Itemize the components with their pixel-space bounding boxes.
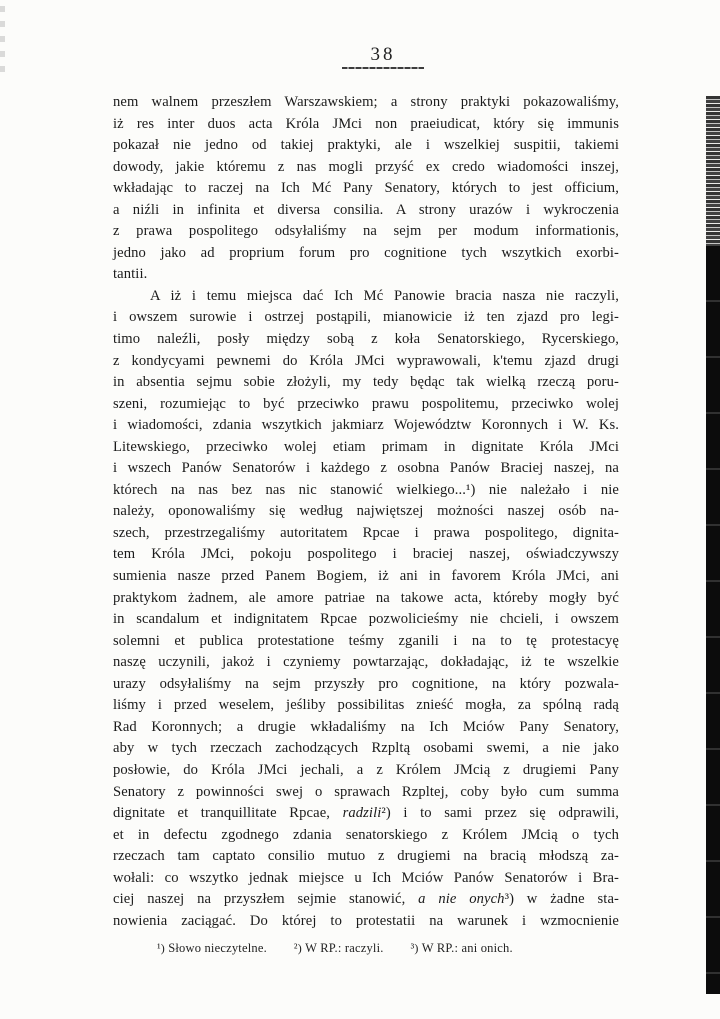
text-line: naszę uczynili, jakoż i czyniemy powtarz…	[113, 652, 619, 674]
text-line: i owszem surowie i ostrzej postąpili, mi…	[113, 307, 619, 329]
text-line: i wszech Panów Senatorów i każdego z oso…	[113, 458, 619, 480]
text-line: wołali: co wszytko jednak miejsce u Ich …	[113, 868, 619, 890]
text-line: z kondycyami pewnemi do Króla JMci wypra…	[113, 351, 619, 373]
text-line: Litewskiego, przeciwko wolej etiam prima…	[113, 437, 619, 459]
scanned-book-page: 38 nem walnem przeszłem Warszawskiem; a …	[0, 0, 720, 1019]
text-line: tantii.	[113, 264, 619, 286]
text-line: A iż i temu miejsca dać Ich Mć Panowie b…	[113, 286, 619, 308]
text-line: urazy odsyłaliśmy na sejm przyszły pro c…	[113, 674, 619, 696]
text-line: dignitate et tranquillitate Rpcae, radzi…	[113, 803, 619, 825]
page-number-rule	[342, 67, 424, 69]
footnote: ¹) Słowo nieczytelne.	[157, 941, 267, 955]
text-line: szech, przestrzegaliśmy autoritatem Rpca…	[113, 523, 619, 545]
text-line: szeni, rozumiejąc to być przeciwko prawu…	[113, 394, 619, 416]
text-line: z prawa pospolitego odsyłaliśmy na sejm …	[113, 221, 619, 243]
text-line: solemni et publica protestatione teśmy z…	[113, 631, 619, 653]
footnote: ²) W RP.: raczyli.	[294, 941, 384, 955]
footnote-marker: ²)	[294, 941, 305, 955]
page-number: 38	[341, 44, 425, 66]
text-line: aby w tych rzeczach zachodzących Rzpltą …	[113, 738, 619, 760]
text-line: nem walnem przeszłem Warszawskiem; a str…	[113, 92, 619, 114]
footnote-marker: ³)	[411, 941, 422, 955]
paragraph: A iż i temu miejsca dać Ich Mć Panowie b…	[113, 286, 619, 932]
text-line: wkładając to raczej na Ich Mć Pany Senat…	[113, 178, 619, 200]
text-line: posłowie, do Króla JMci jechali, a z Kró…	[113, 760, 619, 782]
text-line: nowienia zaciągać. Do której to protesta…	[113, 911, 619, 933]
text-line: i wiadomości, zdania wszytkich jakmiarz …	[113, 415, 619, 437]
text-line: sumienia nasze przed Panem Bogiem, iż an…	[113, 566, 619, 588]
footnote-marker: ¹)	[157, 941, 168, 955]
text-line: in scandalum et indignitatem Rpcae pozwo…	[113, 609, 619, 631]
text-block: nem walnem przeszłem Warszawskiem; a str…	[113, 92, 619, 932]
text-line: dowody, jakie któremu z nas mogli przyść…	[113, 157, 619, 179]
text-line: należy, oponowaliśmy się według najwięts…	[113, 501, 619, 523]
text-line: Senatory z powinności swej o sprawach Rz…	[113, 782, 619, 804]
page-header: 38	[341, 44, 425, 69]
text-line: tem Króla JMci, pokoju pospolitego i bra…	[113, 544, 619, 566]
footnotes: ¹) Słowo nieczytelne.²) W RP.: raczyli.³…	[157, 941, 540, 956]
text-line: pokazał nie jedno od takiej praktyki, al…	[113, 135, 619, 157]
text-line: timo naleźli, posły między sobą z koła S…	[113, 329, 619, 351]
text-line: iż res inter duos acta Króla JMci non pr…	[113, 114, 619, 136]
text-line: rzeczach tam captato consilio mutuo z dr…	[113, 846, 619, 868]
text-line: Rad Koronnych; a drugie wkładaliśmy na I…	[113, 717, 619, 739]
text-line: ciej naszej na przyszłem sejmie stanowić…	[113, 889, 619, 911]
text-line: jedno jako ad proprium forum pro cogniti…	[113, 243, 619, 265]
footnote: ³) W RP.: ani onich.	[411, 941, 513, 955]
scan-left-edge-artifact	[0, 6, 5, 78]
paragraph: nem walnem przeszłem Warszawskiem; a str…	[113, 92, 619, 286]
scan-right-edge-texture	[706, 96, 720, 246]
scan-right-edge-shadow	[706, 246, 720, 994]
text-line: którech na nas bez nas nic stanowić wiel…	[113, 480, 619, 502]
text-line: a niźli in infinita et diversa consilia.…	[113, 200, 619, 222]
text-line: liśmy i przed weselem, jeśliby possibili…	[113, 695, 619, 717]
text-line: et in defectu zgodnego zdania senatorski…	[113, 825, 619, 847]
text-line: in absentia sejmu sobie złożyli, my tedy…	[113, 372, 619, 394]
text-line: praktykom żadnem, ale amore patriae na t…	[113, 588, 619, 610]
